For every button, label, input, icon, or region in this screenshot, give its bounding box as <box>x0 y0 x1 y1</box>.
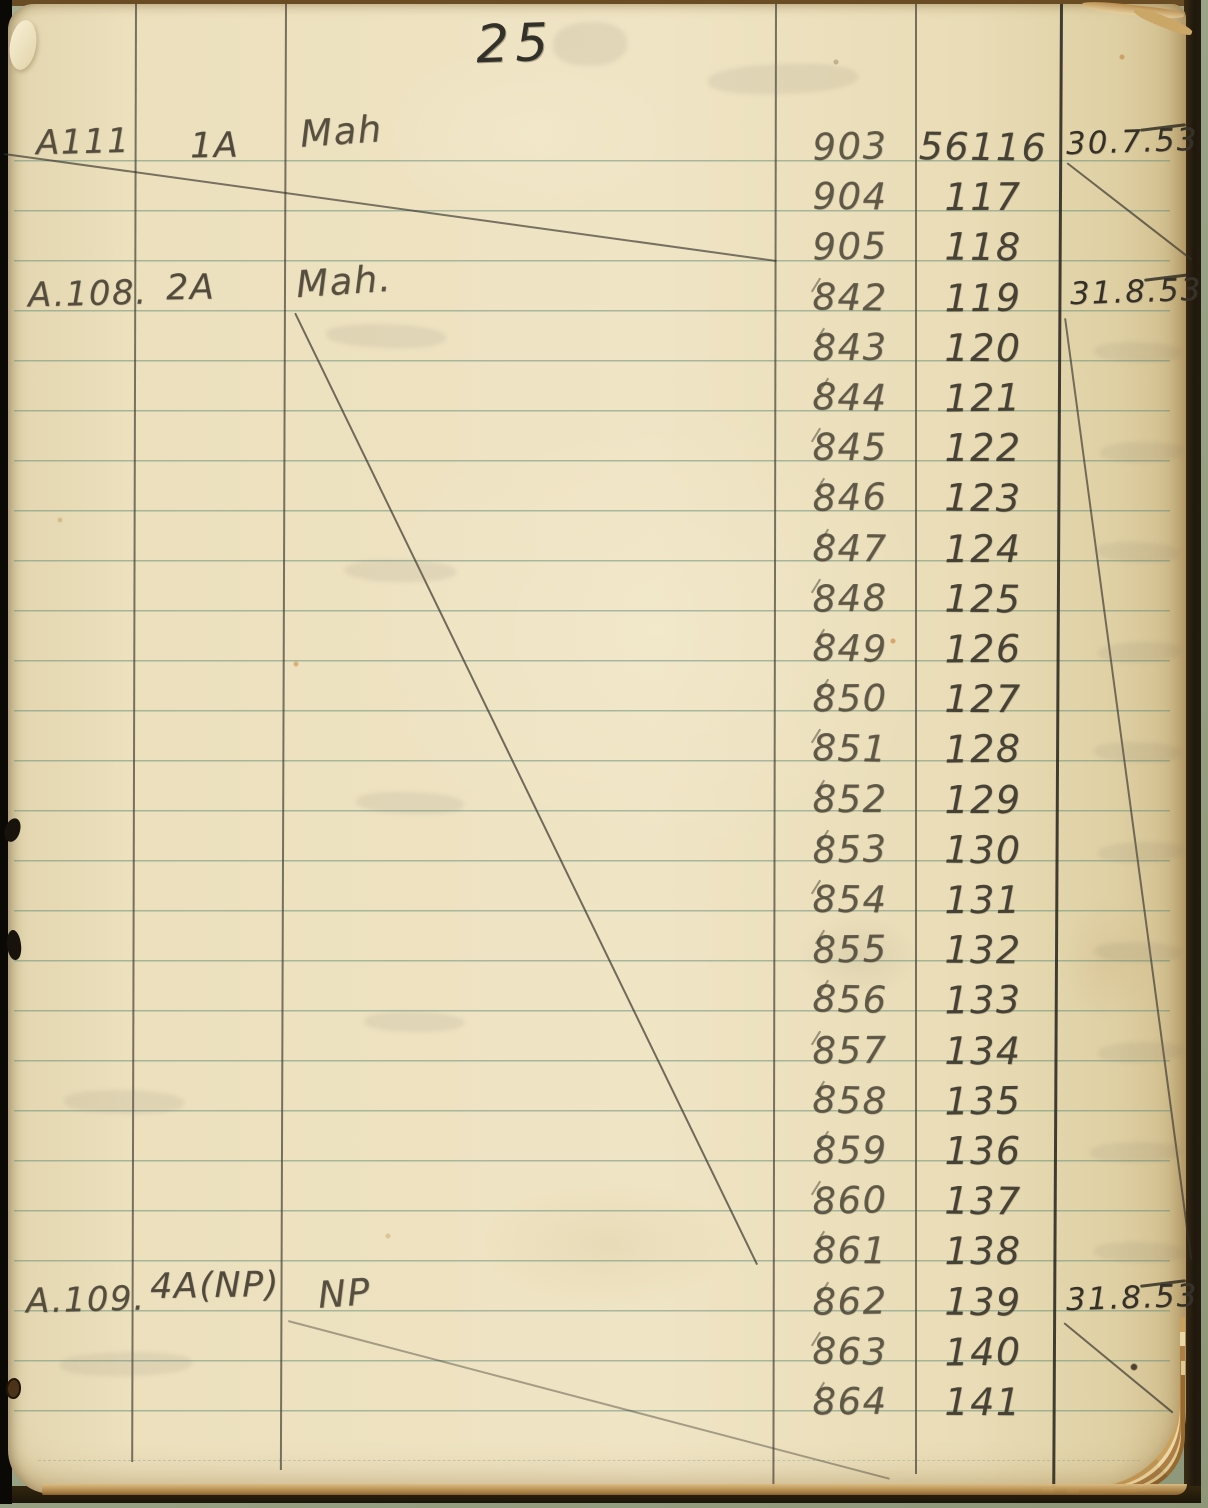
ruled-line-faint <box>38 1460 1140 1461</box>
name-cell: Mah. <box>295 257 394 307</box>
number-cell: 117 <box>914 175 1052 220</box>
serial-cell: 863 <box>790 1329 911 1374</box>
pencil-strike-line <box>294 313 758 1266</box>
ledger-page-photo: 25 9035611690411790511884211984312084412… <box>0 0 1208 1508</box>
date-cell: 30.7.53 <box>1065 122 1199 163</box>
serial-cell: 860 <box>790 1178 911 1224</box>
serial-cell: 905 <box>790 224 911 269</box>
serial-cell: 864 <box>790 1380 910 1424</box>
ink-show-through <box>1098 1041 1185 1064</box>
ink-show-through <box>64 1089 184 1115</box>
serial-cell: 843 <box>790 326 910 370</box>
ink-show-through <box>60 1351 192 1377</box>
number-cell: 130 <box>914 827 1053 873</box>
serial-cell: 842 <box>790 275 911 320</box>
column-divider-3 <box>772 4 777 1488</box>
ink-show-through <box>1098 841 1185 864</box>
ink-show-through <box>708 61 859 96</box>
page-number: 25 <box>475 13 555 76</box>
number-cell: 120 <box>914 326 1052 371</box>
number-cell: 126 <box>914 626 1052 671</box>
ink-show-through <box>1090 1141 1182 1163</box>
page-stack-corner-arc <box>1079 1375 1185 1493</box>
serial-cell: 903 <box>790 124 911 170</box>
serial-cell: 851 <box>790 726 911 772</box>
notebook-page: 25 9035611690411790511884211984312084412… <box>8 4 1186 1494</box>
serial-cell: 845 <box>790 426 910 469</box>
number-cell: 132 <box>914 927 1052 972</box>
pencil-strike-line <box>1066 162 1192 261</box>
ink-show-through <box>552 21 627 68</box>
number-cell: 119 <box>914 275 1052 320</box>
page-stack-shadow-right <box>1184 0 1201 1502</box>
serial-cell: 904 <box>790 175 910 219</box>
serial-cell: 857 <box>790 1029 910 1073</box>
serial-cell: 847 <box>790 527 910 571</box>
number-cell: 138 <box>914 1229 1052 1274</box>
number-cell: 137 <box>914 1178 1053 1224</box>
serial-cell: 844 <box>790 375 911 421</box>
ink-show-through <box>1094 941 1182 963</box>
serial-cell: 855 <box>790 927 911 972</box>
number-cell: 56116 <box>914 124 1053 170</box>
number-cell: 131 <box>914 878 1052 923</box>
number-cell: 133 <box>914 977 1052 1022</box>
name-cell: NP <box>317 1270 373 1317</box>
class-cell: 2A <box>166 268 216 309</box>
number-cell: 123 <box>914 475 1053 521</box>
serial-cell: 852 <box>790 778 910 821</box>
ink-show-through <box>356 790 465 816</box>
page-bottom-edge <box>42 1484 1187 1495</box>
serial-cell: 854 <box>790 878 910 922</box>
ink-show-through <box>364 1011 464 1033</box>
serial-cell: 853 <box>790 827 911 873</box>
ref-cell: A.109. <box>25 1278 145 1321</box>
date-cell: 31.8.53 <box>1065 1278 1199 1319</box>
class-cell: 1A <box>190 126 240 167</box>
column-divider-1 <box>131 4 137 1462</box>
ink-show-through <box>1096 541 1181 564</box>
name-cell: Mah <box>299 107 384 156</box>
number-cell: 135 <box>914 1078 1053 1124</box>
serial-cell: 856 <box>790 977 911 1022</box>
binding-hole <box>5 929 23 961</box>
ref-cell: A.108. <box>27 272 147 315</box>
number-cell: 118 <box>914 224 1052 269</box>
ref-cell: A111 <box>35 121 130 163</box>
number-cell: 121 <box>914 375 1053 421</box>
corner-curl <box>6 18 40 71</box>
number-cell: 136 <box>914 1129 1052 1173</box>
serial-cell: 846 <box>790 475 911 521</box>
number-cell: 129 <box>914 778 1052 822</box>
ink-show-through <box>326 322 447 350</box>
pencil-strike-line <box>4 153 777 262</box>
serial-cell: 861 <box>790 1229 910 1273</box>
serial-cell: 850 <box>790 677 910 721</box>
binding-hole <box>6 1378 21 1399</box>
number-cell: 127 <box>914 677 1052 722</box>
serial-cell: 862 <box>790 1279 911 1324</box>
number-cell: 125 <box>914 576 1052 621</box>
column-divider-5 <box>1052 4 1063 1488</box>
number-cell: 122 <box>914 426 1052 470</box>
serial-cell: 858 <box>790 1078 911 1124</box>
ink-show-through <box>1098 641 1183 664</box>
ink-show-through <box>1094 741 1182 763</box>
ink-show-through <box>1094 1241 1186 1263</box>
ink-show-through <box>1100 441 1184 462</box>
number-cell: 124 <box>914 527 1052 572</box>
number-cell: 128 <box>914 726 1053 772</box>
ink-show-through <box>1094 341 1182 363</box>
column-divider-2 <box>280 4 287 1470</box>
serial-cell: 859 <box>790 1129 910 1172</box>
ink-show-through <box>344 559 456 583</box>
serial-cell: 849 <box>790 626 911 671</box>
date-cell: 31.8.53 <box>1069 272 1203 313</box>
serial-cell: 848 <box>790 576 911 621</box>
class-cell: 4A(NP) <box>150 1265 280 1307</box>
number-cell: 134 <box>914 1029 1052 1074</box>
